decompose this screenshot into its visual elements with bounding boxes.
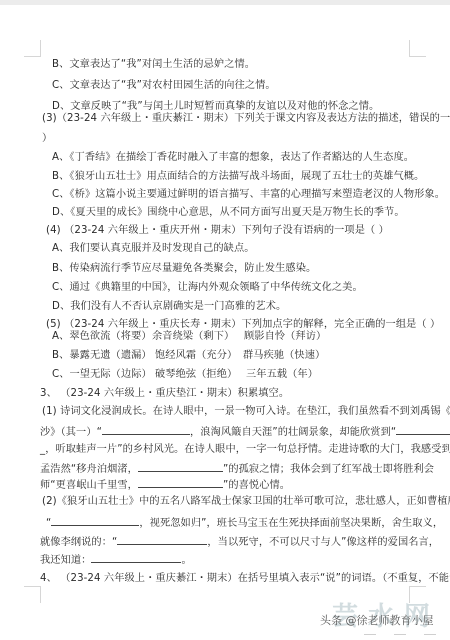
option-a: A、翠色欲流（将要） <box>52 330 152 344</box>
option-b-term-3: 群马疾驰（快速） <box>243 349 325 363</box>
option-c: C、一望无际（边际） <box>52 368 152 382</box>
option-b-term-2: 饱经风霜（充分） <box>155 349 237 363</box>
fill-1-line-3: _，听取蛙声一片”的乡村风光。在诗人眼中，一字一句总抒情。走进诗歌的大门，我感受… <box>40 443 450 457</box>
fill-2-line-4: 我还知道：。 <box>40 552 192 568</box>
page-corner-mark <box>409 40 426 57</box>
text: ，浪淘风簸自天涯”的壮阔景象，却能欣赏到“ <box>190 427 396 438</box>
text: 。 <box>181 555 191 566</box>
watermark: 芸水网 头条 @徐老师教育小屋 <box>320 596 450 640</box>
answer-blank[interactable] <box>138 461 223 472</box>
text: ，当以死守，不可以尺寸与人”像这样的爱国名言， <box>207 537 439 548</box>
watermark-author: 头条 @徐老师教育小屋 <box>320 612 434 628</box>
option-b: B、文章表达了“我”对闰土生活的忌妒之情。 <box>52 58 255 72</box>
option-d: D、我们没有人不否认京剧确实是一门高雅的艺术。 <box>52 300 286 314</box>
question-3-fill-stem: 3、 （23-24 六年级上・重庆垫江・期末）积累填空。 <box>40 387 289 401</box>
fill-1-line-5: 师“更喜岷山千里雪，”的喜悦心情。 <box>40 477 290 493</box>
option-b: B、暴露无遗（遗漏） <box>52 349 152 363</box>
option-a-term-2: 余音绕梁（剩下） <box>152 330 234 344</box>
page-corner-mark <box>24 586 41 603</box>
option-c: C、文章表达了“我”对农村田园生活的向往之情。 <box>52 79 276 93</box>
text: 就像李纲说的：“ <box>40 537 117 548</box>
option-c: C、《桥》这篇小说主要通过鲜明的语言描写、丰富的心理描写来塑造老汉的人物形象。 <box>52 188 445 202</box>
fill-1-line-1: (1) 诗词文化浸润成长。在诗人眼中，一景一物可入诗。在垫江，我们虽然看不到刘禹… <box>42 405 450 419</box>
option-a: A、《丁香结》在描绘丁香花时融入了丰富的想象，表达了作者豁达的人生态度。 <box>52 151 414 165</box>
fill-2-line-3: 就像李纲说的：“，当以死守，不可以尺寸与人”像这样的爱国名言， <box>40 534 439 550</box>
option-a-term-3: 顾影自怜（拜访） <box>244 330 326 344</box>
answer-blank[interactable] <box>138 477 223 488</box>
text: 沙》（其一）“ <box>40 427 102 438</box>
watermark-dash <box>364 634 376 635</box>
fill-2-line-2: “，视死忽如归”，班长马宝玉在生死抉择面前坚决果断，舍生取义， <box>46 515 443 531</box>
fill-1-line-2: 沙》（其一）“，浪淘风簸自天涯”的壮阔景象，却能欣赏到“ <box>40 424 450 440</box>
page-corner-mark <box>24 40 41 57</box>
text: ”的孤寂之情；我体会到了红军战士即将胜利会 <box>223 464 434 475</box>
watermark-dash <box>394 634 406 635</box>
question-4-fill-stem: 4、 （23-24 六年级上・重庆綦江・期末）在括号里填入表示“说”的词语。（不… <box>40 572 450 586</box>
option-d: D、《夏天里的成长》围绕中心意思，从不同方面写出夏天是万物生长的季节。 <box>52 206 405 220</box>
text: 我还知道： <box>40 555 91 566</box>
fill-1-line-4: 孟浩然“移舟泊烟渚，”的孤寂之情；我体会到了红军战士即将胜利会 <box>40 461 434 477</box>
answer-blank[interactable] <box>396 424 450 435</box>
question-3-stem: (3)（23-24 六年级上・重庆綦江・期末）下列关于课文内容及表达方法的描述，… <box>42 112 450 126</box>
answer-blank[interactable] <box>51 515 139 526</box>
option-c-term-3: 三年五载（年） <box>246 368 318 382</box>
question-3-stem-end: ） <box>42 132 52 146</box>
option-a: A、我们要认真克服并及时发现自己的缺点。 <box>52 242 255 256</box>
option-c: C、通过《典籍里的中国》，让海内外观众领略了中华传统文化之美。 <box>52 281 363 295</box>
option-b: B、传染病流行季节应尽量避免各类聚会，防止发生感染。 <box>52 262 316 276</box>
answer-blank[interactable] <box>91 552 181 563</box>
text: 孟浩然“移舟泊烟渚， <box>40 464 138 475</box>
text: 师“更喜岷山千里雪， <box>40 480 138 491</box>
watermark-dash <box>424 634 436 635</box>
option-b: B、《狼牙山五壮士》用点面结合的方法描写战斗场面，展现了五壮士的英雄气概。 <box>52 170 424 184</box>
question-4-stem: (4) （23-24 六年级上・重庆开州・期末）下列句子没有语病的一项是（ ） <box>46 224 389 238</box>
answer-blank[interactable] <box>117 534 207 545</box>
option-c-term-2: 破琴绝弦（拒绝） <box>155 368 237 382</box>
fill-2-line-1: (2)《狼牙山五壮士》中的五名八路军战士保家卫国的壮举可歌可泣，悲壮感人，正如曹… <box>42 495 450 509</box>
window-top-bar <box>0 0 450 5</box>
text: ”的喜悦心情。 <box>223 480 290 491</box>
answer-blank[interactable] <box>102 424 190 435</box>
text: ，视死忽如归”，班长马宝玉在生死抉择面前坚决果断，舍生取义， <box>139 518 443 529</box>
